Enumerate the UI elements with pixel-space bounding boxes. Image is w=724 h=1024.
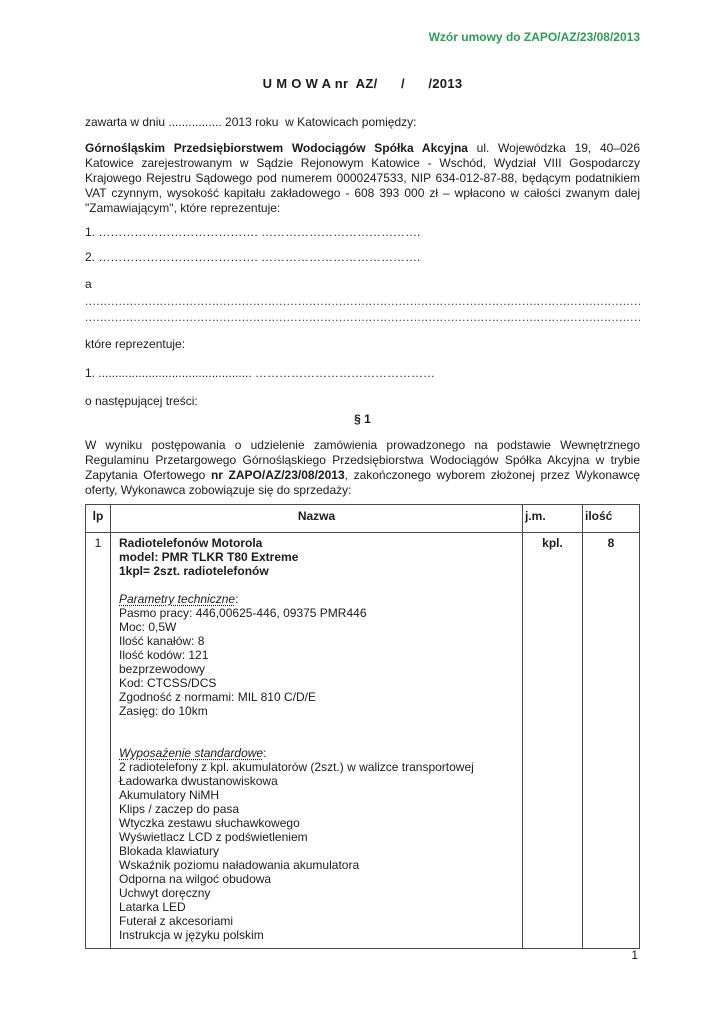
equipment-line: Wtyczka zestawu słuchawkowego: [119, 816, 516, 830]
equipment-heading: Wyposażenie standardowe:: [119, 746, 516, 760]
page-number: 1: [631, 948, 638, 962]
procurement-paragraph: W wyniku postępowania o udzielenie zamów…: [85, 438, 640, 498]
buyer-representative-line-1: 1. …………………………………. ………………………………….: [85, 225, 640, 240]
spec-line: Ilość kanałów: 8: [119, 634, 516, 648]
equipment-line: Wskaźnik poziomu naładowania akumulatora: [119, 858, 516, 872]
item-number-cell: 1: [86, 533, 111, 949]
contractor-blank-line-1: ........................................…: [85, 295, 640, 308]
item-description-cell: Radiotelefonów Motorola model: PMR TLKR …: [111, 533, 523, 949]
document-content: Wzór umowy do ZAPO/AZ/23/08/2013 U M O W…: [0, 0, 724, 949]
spec-line: Zasięg: do 10km: [119, 704, 516, 718]
col-header-lp: lp: [86, 505, 111, 533]
contractor-blank-line-2: ........................................…: [85, 311, 640, 324]
equipment-line: Klips / zaczep do pasa: [119, 802, 516, 816]
table-header-row: lp Nazwa j.m. ilość: [86, 505, 640, 533]
spec-line: bezprzewodowy: [119, 662, 516, 676]
equipment-line: Ładowarka dwustanowiskowa: [119, 774, 516, 788]
col-header-nazwa: Nazwa: [111, 505, 523, 533]
spec-line: Ilość kodów: 121: [119, 648, 516, 662]
template-reference-note: Wzór umowy do ZAPO/AZ/23/08/2013: [85, 30, 640, 44]
spec-line: Zgodność z normami: MIL 810 C/D/E: [119, 690, 516, 704]
items-table: lp Nazwa j.m. ilość 1 Radiotelefonów Mot…: [85, 504, 640, 949]
item-set-line: 1kpl= 2szt. radiotelefonów: [119, 564, 516, 578]
buyer-paragraph: Górnośląskim Przedsiębiorstwem Wodociągó…: [85, 141, 640, 216]
blank-line: [119, 578, 516, 592]
procurement-number: nr ZAPO/AZ/23/08/2013: [211, 468, 345, 482]
equipment-heading-text: Wyposażenie standardowe: [119, 746, 263, 760]
intro-line: zawarta w dniu ................ 2013 rok…: [85, 115, 640, 130]
equipment-line: Odporna na wilgoć obudowa: [119, 872, 516, 886]
table-row: 1 Radiotelefonów Motorola model: PMR TLK…: [86, 533, 640, 949]
item-model-line: model: PMR TLKR T80 Extreme: [119, 550, 516, 564]
equipment-line: Futerał z akcesoriami: [119, 914, 516, 928]
item-unit-cell: kpl.: [523, 533, 583, 949]
col-header-jm: j.m.: [523, 505, 583, 533]
buyer-company-name: Górnośląskim Przedsiębiorstwem Wodociągó…: [85, 141, 468, 155]
spec-line: Kod: CTCSS/DCS: [119, 676, 516, 690]
which-represents-label: które reprezentuje:: [85, 337, 640, 352]
equipment-line: Akumulatory NiMH: [119, 788, 516, 802]
spec-line: Moc: 0,5W: [119, 620, 516, 634]
colon: :: [263, 746, 266, 760]
equipment-line: 2 radiotelefony z kpl. akumulatorów (2sz…: [119, 760, 516, 774]
blank-line: [119, 732, 516, 746]
tech-params-heading-text: Parametry techniczne: [119, 592, 235, 606]
section-1-heading: § 1: [85, 411, 640, 427]
item-title-line: Radiotelefonów Motorola: [119, 536, 516, 550]
equipment-line: Uchwyt doręczny: [119, 886, 516, 900]
col-header-ilosc: ilość: [583, 505, 640, 533]
tech-params-heading: Parametry techniczne:: [119, 592, 516, 606]
colon: :: [235, 592, 238, 606]
spec-line: Pasmo pracy: 446,00625-446, 09375 PMR446: [119, 606, 516, 620]
equipment-line: Instrukcja w języku polskim: [119, 928, 516, 942]
contractor-representative-line: 1. .....................................…: [85, 366, 640, 381]
content-intro-label: o następującej treści:: [85, 394, 640, 409]
equipment-line: Wyświetlacz LCD z podświetleniem: [119, 830, 516, 844]
equipment-line: Latarka LED: [119, 900, 516, 914]
and-connector-label: a: [85, 277, 640, 292]
contract-title: U M O W A nr AZ/ / /2013: [85, 76, 640, 91]
equipment-line: Blokada klawiatury: [119, 844, 516, 858]
blank-line: [119, 718, 516, 732]
document-page: Wzór umowy do ZAPO/AZ/23/08/2013 U M O W…: [0, 0, 724, 1024]
item-quantity-cell: 8: [583, 533, 640, 949]
buyer-representative-line-2: 2. …………………………………. ………………………………….: [85, 250, 640, 265]
